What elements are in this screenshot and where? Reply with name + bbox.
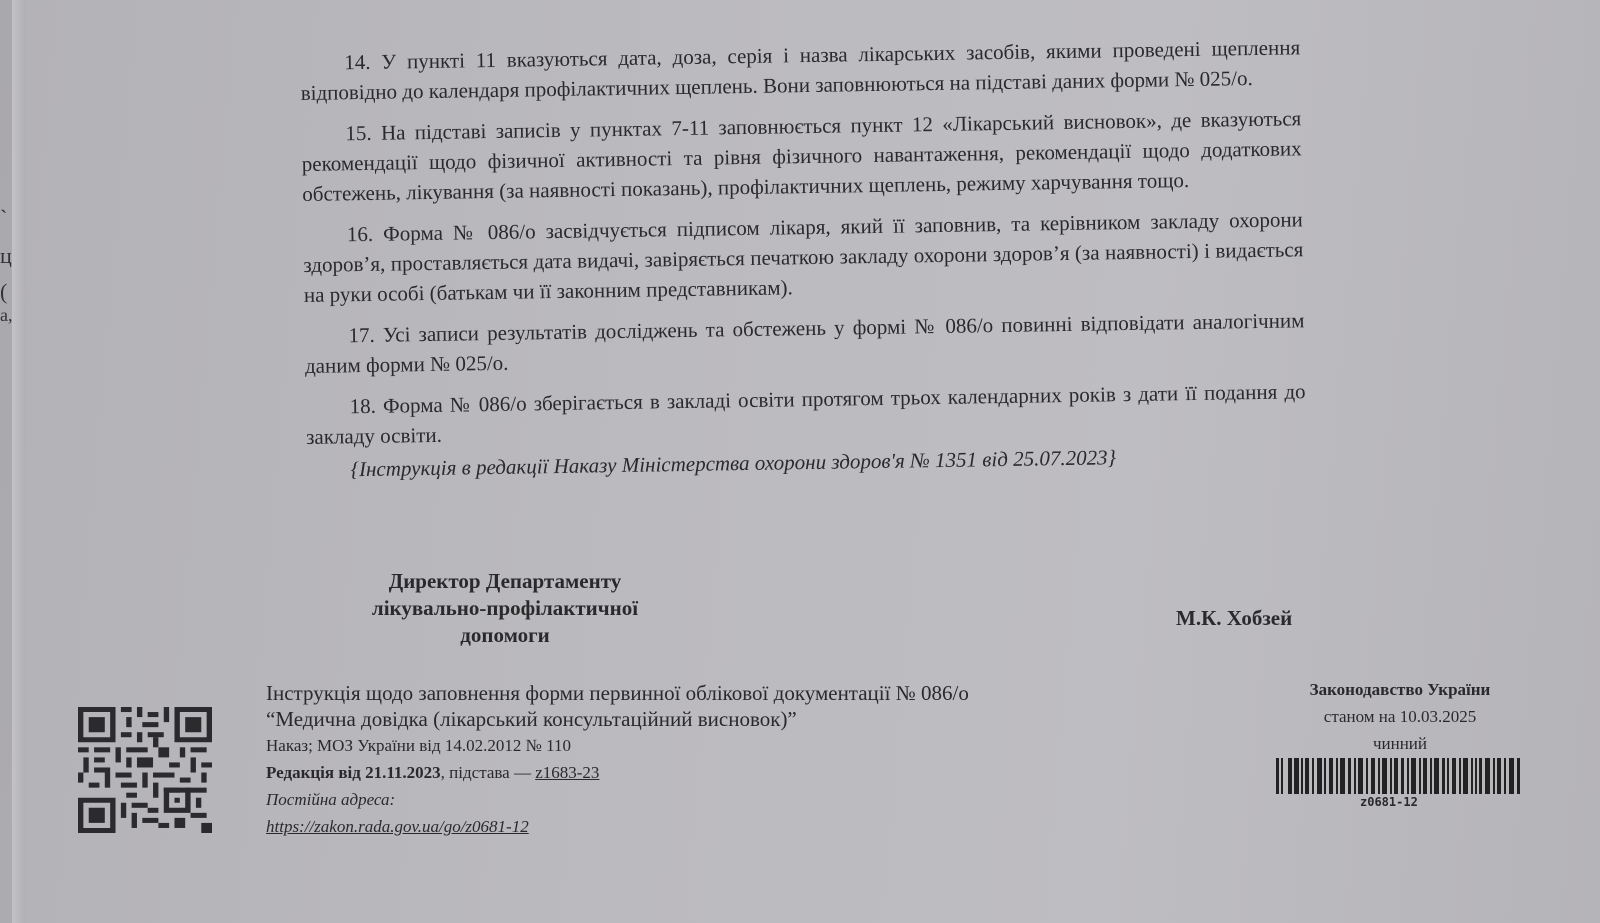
order-reference: Наказ; МОЗ України від 14.02.2012 № 110: [266, 732, 1126, 759]
permanent-address-link[interactable]: https://zakon.rada.gov.ua/go/z0681-12: [266, 817, 529, 836]
fragment-text: (: [0, 279, 7, 305]
position-line: лікувально-профілактичної: [340, 595, 670, 622]
position-line: Директор Департаменту: [340, 568, 670, 595]
permanent-address-label: Постійна адреса:: [266, 786, 1126, 813]
barcode-icon: [1276, 758, 1522, 794]
fragment-text: а,: [0, 305, 13, 326]
status-badge: чинний: [1270, 730, 1530, 757]
as-of-date: станом на 10.03.2025: [1270, 703, 1530, 730]
position-line: допомоги: [340, 622, 670, 649]
basis-link[interactable]: z1683-23: [535, 763, 599, 782]
paragraph-text: На підставі записів у пунктах 7-11 запов…: [302, 106, 1302, 206]
signatory-name: М.К. Хобзей: [1176, 606, 1292, 631]
basis-label: , підстава —: [441, 763, 531, 782]
edition-label: Редакція від: [266, 763, 361, 782]
paragraph-text: Форма № 086/о засвідчується підписом лік…: [303, 207, 1303, 307]
paragraph-text: Усі записи результатів досліджень та обс…: [305, 308, 1305, 378]
page-edge: [12, 0, 26, 923]
qr-code-icon: [78, 707, 212, 833]
legislation-title: Законодавство України: [1270, 676, 1530, 703]
qr-code: [78, 707, 212, 833]
paragraph-16: 16. Форма № 086/о засвідчується підписом…: [303, 204, 1304, 310]
document-title-line: “Медична довідка (лікарський консультаці…: [266, 706, 1126, 732]
paragraph-number: 15.: [345, 121, 372, 145]
signature-position: Директор Департаменту лікувально-профіла…: [340, 568, 670, 649]
paragraph-17: 17. Усі записи результатів досліджень та…: [304, 305, 1305, 381]
document-footer: Інструкція щодо заповнення форми первинн…: [266, 680, 1126, 840]
paragraph-15: 15. На підставі записів у пунктах 7-11 з…: [301, 103, 1302, 209]
permanent-address-line: https://zakon.rada.gov.ua/go/z0681-12: [266, 813, 1126, 840]
paragraph-number: 18.: [349, 394, 376, 418]
barcode-caption: z0681-12: [1360, 795, 1418, 809]
paragraph-text: У пункті 11 вказуються дата, доза, серія…: [301, 35, 1301, 105]
edition-line: Редакція від 21.11.2023, підстава — z168…: [266, 759, 1126, 786]
paragraph-number: 17.: [348, 323, 375, 347]
fragment-text: ц: [0, 243, 12, 269]
fragment-text: `: [0, 205, 7, 231]
instruction-body: 14. У пункті 11 вказуються дата, доза, с…: [300, 32, 1307, 485]
paragraph-number: 16.: [347, 222, 374, 246]
barcode: [1276, 758, 1522, 794]
paragraph-number: 14.: [344, 50, 371, 74]
edition-date: 21.11.2023: [365, 763, 441, 782]
legal-status-box: Законодавство України станом на 10.03.20…: [1270, 676, 1530, 757]
paragraph-text: Форма № 086/о зберігається в закладі осв…: [306, 379, 1306, 449]
document-title-line: Інструкція щодо заповнення форми первинн…: [266, 680, 1126, 706]
